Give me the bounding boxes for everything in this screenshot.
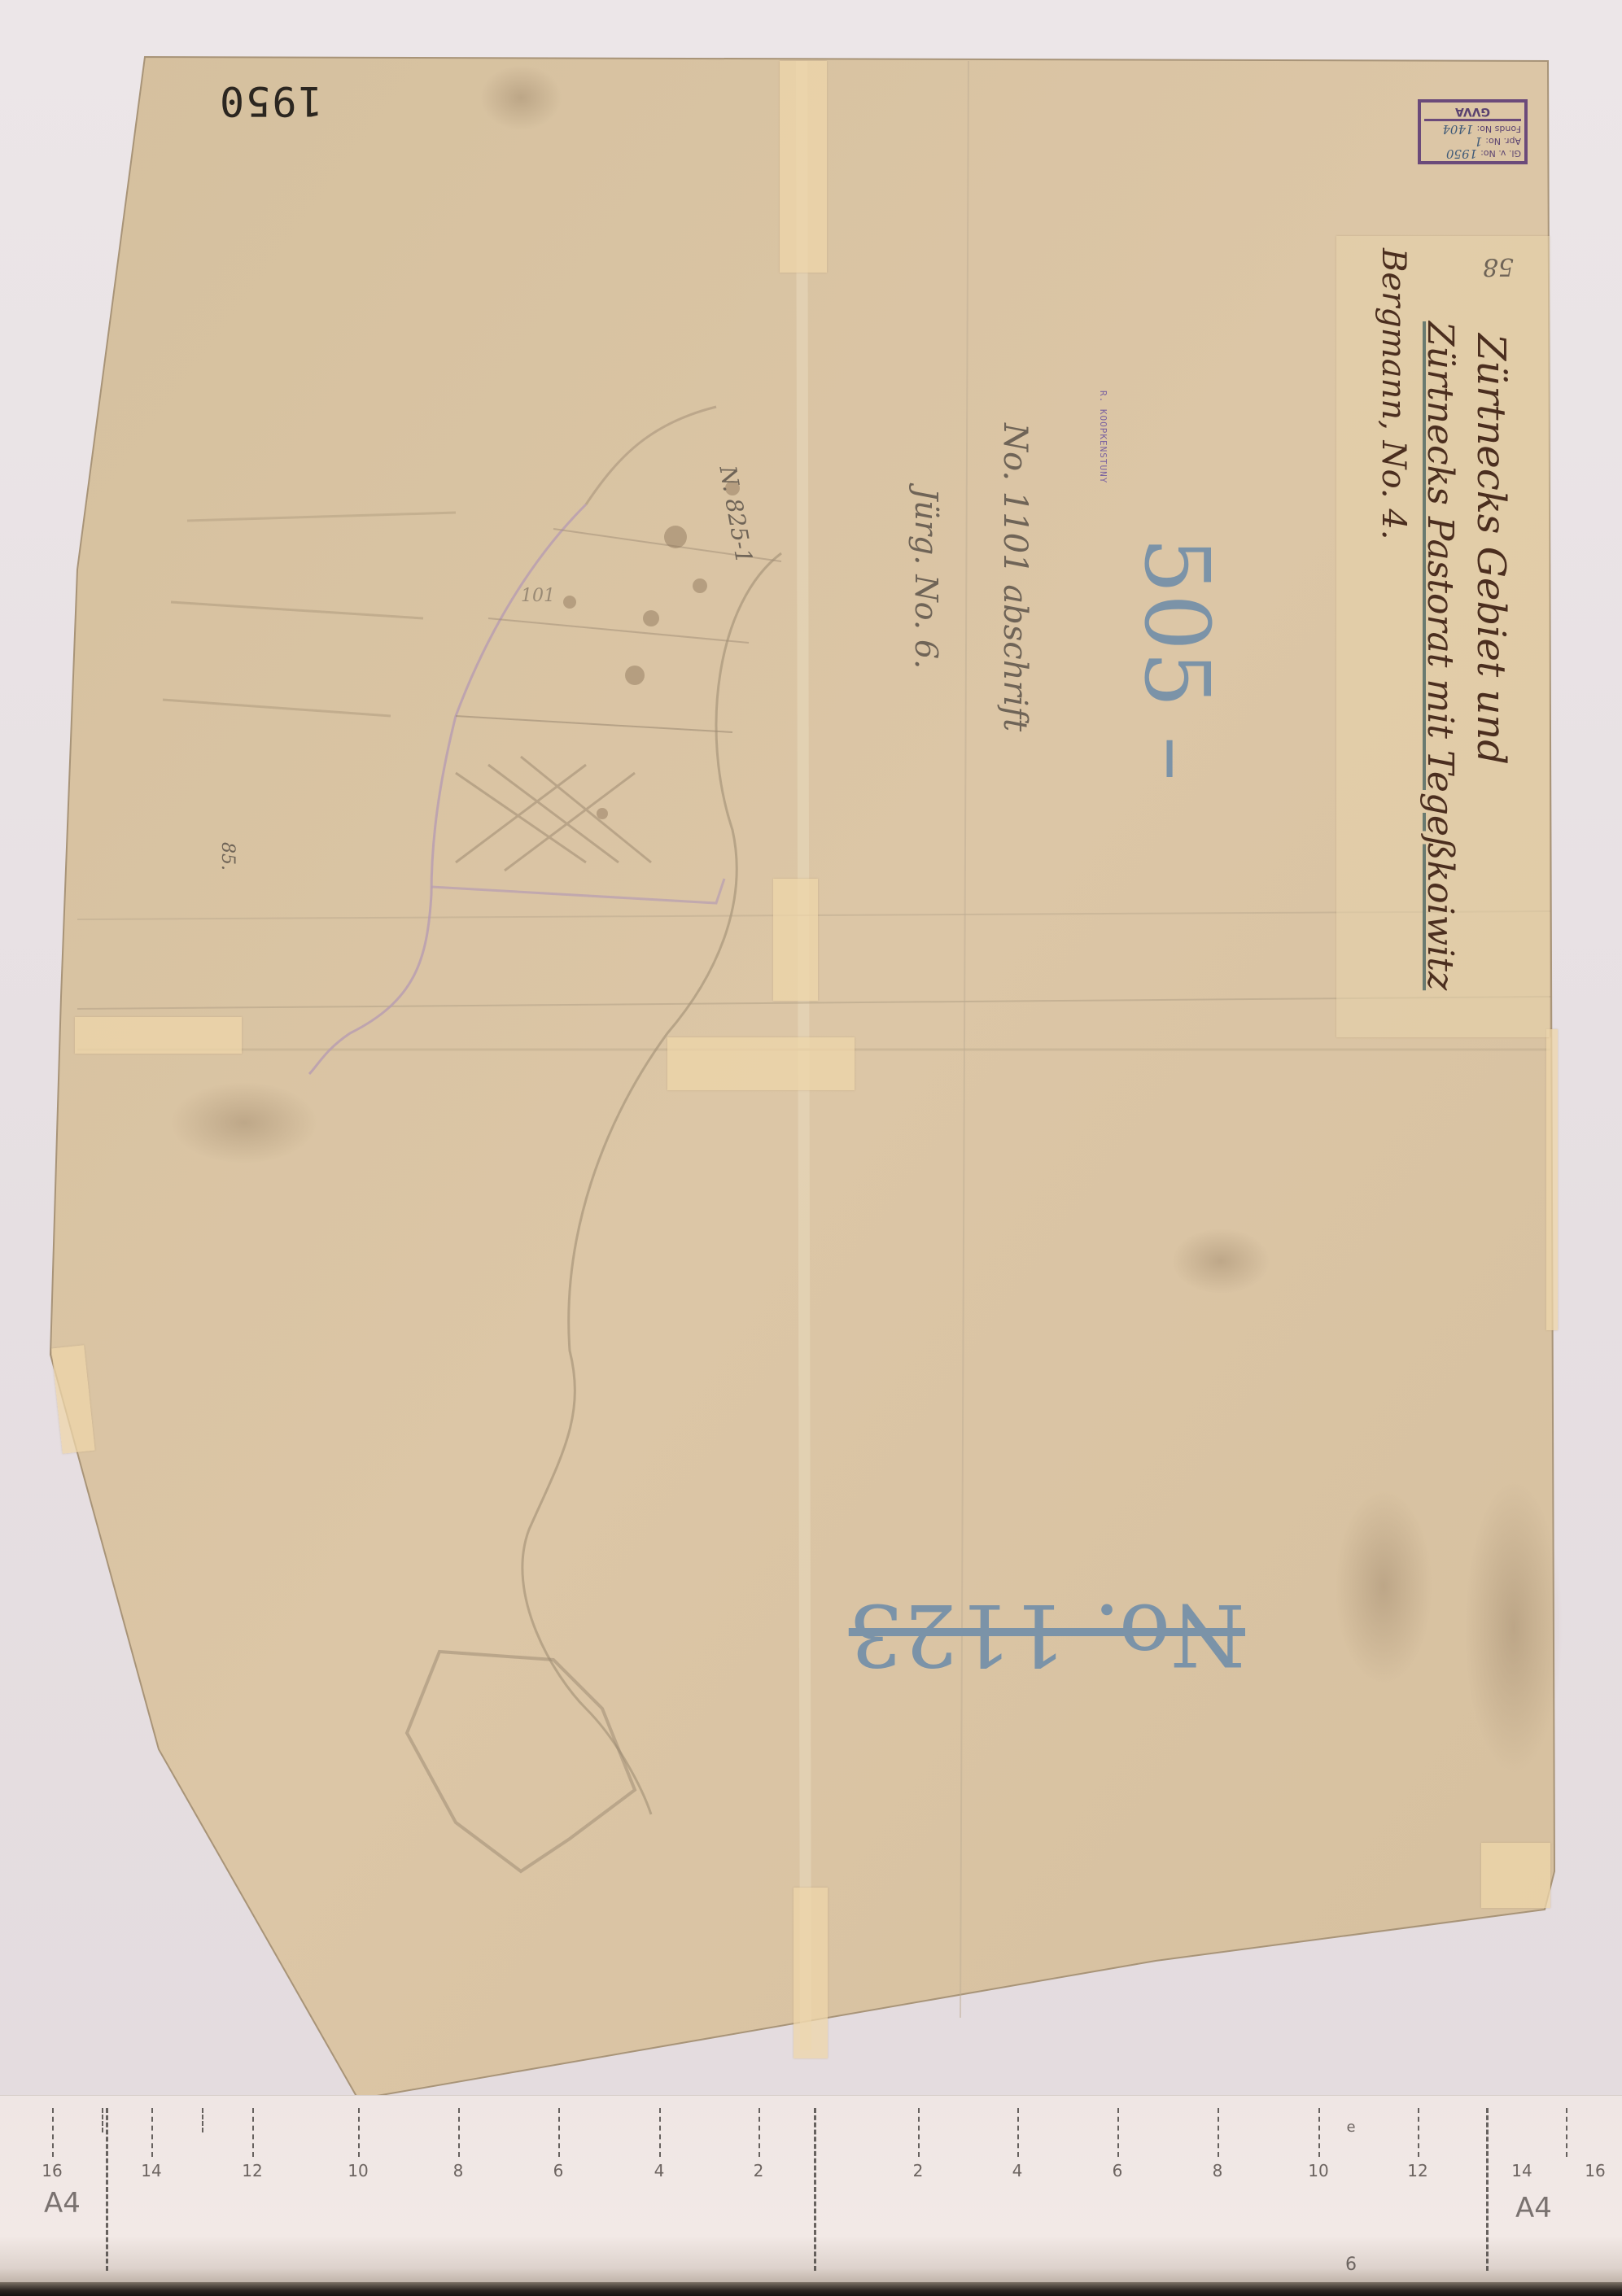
map-label-101: 101: [521, 586, 555, 606]
ruler-tick: [759, 2108, 762, 2157]
ruler-tick: [1017, 2108, 1021, 2157]
ruler-label: 6: [1113, 2161, 1123, 2180]
ruler-label: 12: [1407, 2161, 1427, 2180]
shelf-number: 1950: [218, 77, 322, 124]
pencil-note-number: Jürg. No. 6.: [908, 488, 944, 669]
stamp-value: 1: [1475, 135, 1483, 147]
tape-strip-top-center: [780, 61, 827, 273]
ruler-center-mark-bottom: 6: [1345, 2255, 1357, 2275]
ruler-tick: [1566, 2108, 1569, 2157]
measuring-ruler: 16 14 12 10 8 6 4 2 2 4 6 8 10 12 14 16 …: [0, 2095, 1622, 2283]
ruler-label: 16: [42, 2161, 62, 2180]
tape-strip-bottom-center: [794, 1888, 828, 2058]
ruler-label: 8: [1213, 2161, 1223, 2180]
ruler-tick: [1318, 2108, 1322, 2157]
tape-strip-middle: [667, 1037, 855, 1090]
ruler-tick: [151, 2108, 155, 2157]
ruler-tick: [102, 2108, 105, 2132]
map-sheet: 1950 Gl. v. No: 1950 Apr. No: 1 Fonds No…: [0, 0, 1622, 2103]
ruler-tick: [1418, 2108, 1421, 2157]
ruler-label: 4: [654, 2161, 665, 2180]
stamp-value: 1950: [1446, 147, 1477, 159]
title-line-2: Zürtnecks Pastorat mit Tegeßkoiwitz: [1419, 321, 1461, 990]
ruler-tick: [659, 2108, 662, 2157]
pencil-note-copy: No. 1101 abschrift: [996, 423, 1034, 731]
stamp-row-gl: Gl. v. No: 1950: [1424, 147, 1521, 159]
ruler-label: 4: [1012, 2161, 1023, 2180]
violet-stamp-small: R. KOOPKENSTUNY: [1098, 391, 1108, 483]
title-line-1: Zürtnecks Gebiet und: [1468, 334, 1514, 765]
page-number: 58: [1483, 252, 1514, 281]
stamp-label: Gl. v. No:: [1480, 147, 1521, 159]
ruler-tick: [106, 2108, 110, 2271]
ruler-label: 10: [1308, 2161, 1328, 2180]
stamp-label: Fonds No:: [1476, 123, 1521, 135]
ruler-label: 6: [553, 2161, 564, 2180]
tape-strip-center: [773, 879, 818, 1001]
ruler-label: 12: [242, 2161, 262, 2180]
stamp-value: 1404: [1442, 123, 1473, 135]
ruler-tick: [252, 2108, 256, 2157]
ruler-label: 2: [754, 2161, 764, 2180]
ruler-tick: [1486, 2108, 1490, 2271]
ruler-tick: [1218, 2108, 1221, 2157]
ruler-center-mark-top: e: [1346, 2119, 1355, 2136]
ruler-format-label-right: A4: [1515, 2192, 1552, 2224]
archive-stamp: Gl. v. No: 1950 Apr. No: 1 Fonds No: 140…: [1418, 99, 1528, 164]
ruler-tick: [814, 2108, 818, 2271]
map-label-85: 85.: [217, 842, 238, 871]
tape-strip-bottom-right: [1481, 1843, 1550, 1908]
ruler-tick: [358, 2108, 361, 2157]
ruler-label: 14: [1511, 2161, 1532, 2180]
stamp-title: GVVA: [1424, 105, 1521, 121]
ruler-format-label-left: A4: [44, 2187, 81, 2220]
tape-strip-left: [75, 1017, 242, 1054]
stamp-row-apr: Apr. No: 1: [1424, 135, 1521, 147]
ruler-label: 16: [1585, 2161, 1605, 2180]
ruler-tick: [918, 2108, 921, 2157]
ruler-tick: [458, 2108, 461, 2157]
ruler-tick: [52, 2108, 55, 2157]
ruler-tick: [558, 2108, 562, 2157]
ruler-tick: [202, 2108, 205, 2132]
catalog-number-505: 505 –: [1125, 537, 1229, 781]
stamp-label: Apr. No:: [1485, 135, 1521, 147]
ruler-label: 10: [348, 2161, 368, 2180]
catalog-number-1123: No. 1123: [849, 1585, 1245, 1684]
ruler-tick: [1117, 2108, 1121, 2157]
ruler-label: 2: [913, 2161, 924, 2180]
ruler-label: 14: [141, 2161, 161, 2180]
scanner-bed-edge: [0, 2282, 1622, 2296]
title-line-3: Bergmann, No. 4.: [1375, 248, 1412, 540]
tape-strip-right: [1546, 1029, 1558, 1330]
ruler-label: 8: [453, 2161, 464, 2180]
stamp-row-fonds: Fonds No: 1404: [1424, 123, 1521, 135]
